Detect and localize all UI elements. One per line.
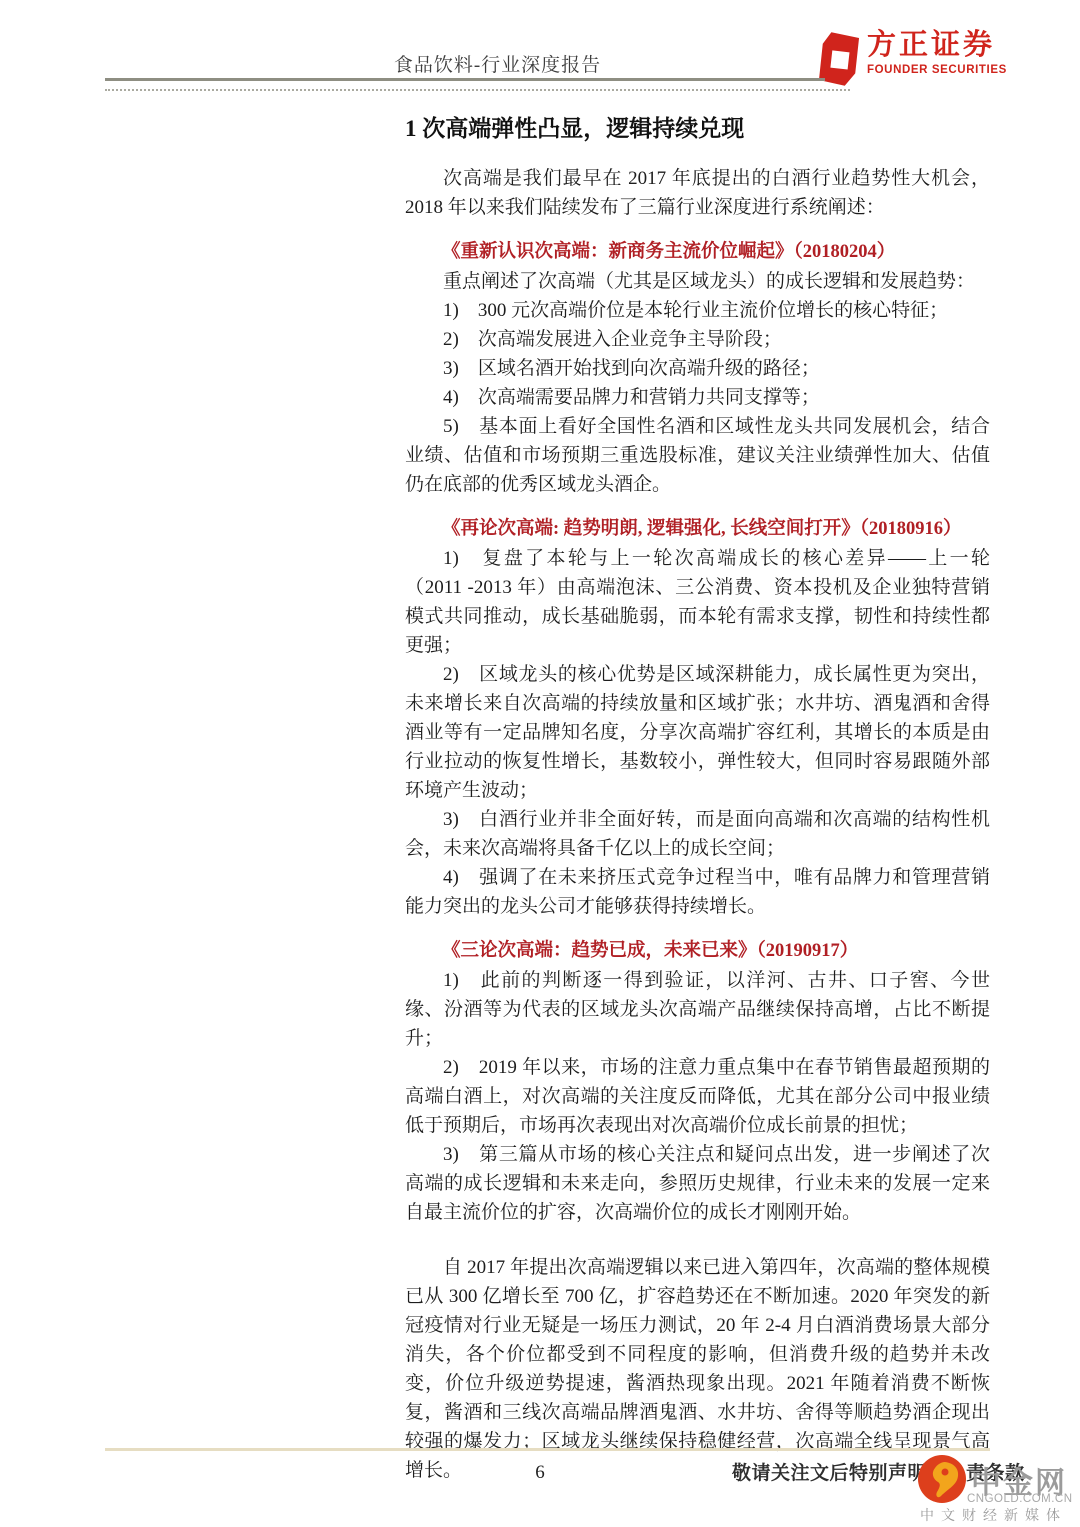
header-category-title: 食品饮料-行业深度报告: [105, 50, 890, 77]
report-3-heading: 《三论次高端：趋势已成，未来已来》（20190917）: [405, 937, 990, 966]
intro-paragraph: 次高端是我们最早在 2017 年底提出的白酒行业趋势性大机会，2018 年以来我…: [405, 164, 990, 222]
report-1-item: 4) 次高端需要品牌力和营销力共同支撑等；: [405, 383, 990, 412]
report-1-item: 5) 基本面上看好全国性名酒和区域性龙头共同发展机会，结合业绩、估值和市场预期三…: [405, 412, 990, 499]
report-2-item: 4) 强调了在未来挤压式竞争过程当中，唯有品牌力和管理营销能力突出的龙头公司才能…: [405, 863, 990, 921]
report-2-item: 1) 复盘了本轮与上一轮次高端成长的核心差异——上一轮（2011 -2013 年…: [405, 544, 990, 660]
report-2-heading: 《再论次高端: 趋势明朗, 逻辑强化, 长线空间打开》（20180916）: [405, 515, 990, 544]
cngold-watermark: 中金网 CNGOLD.COM.CN 中文财经新媒体: [905, 1452, 1080, 1522]
founder-logo-en: FOUNDER SECURITIES: [867, 64, 1007, 76]
founder-logo-cn: 方正证券: [867, 30, 1007, 61]
report-page: 食品饮料-行业深度报告 方正证券 FOUNDER SECURITIES 1 次高…: [0, 0, 1080, 1527]
report-1-paragraph: 重点阐述了次高端（尤其是区域龙头）的成长逻辑和发展趋势：: [405, 267, 990, 296]
report-1-item: 2) 次高端发展进入企业竞争主导阶段；: [405, 325, 990, 354]
cngold-logo-icon: [918, 1455, 966, 1503]
cngold-tagline: 中文财经新媒体: [920, 1505, 1067, 1525]
header-dotted-rule: [105, 89, 850, 91]
report-3-item: 2) 2019 年以来，市场的注意力重点集中在春节销售最超预期的高端白酒上，对次…: [405, 1053, 990, 1140]
report-1-item: 1) 300 元次高端价位是本轮行业主流价位增长的核心特征；: [405, 296, 990, 325]
report-3-item: 3) 第三篇从市场的核心关注点和疑问点出发，进一步阐述了次高端的成长逻辑和未来走…: [405, 1140, 990, 1227]
founder-logo-text: 方正证券 FOUNDER SECURITIES: [867, 30, 1007, 76]
report-2-item: 2) 区域龙头的核心优势是区域深耕能力，成长属性更为突出，未来增长来自次高端的持…: [405, 660, 990, 805]
cngold-domain: CNGOLD.COM.CN: [967, 1493, 1073, 1505]
header-rule: [105, 78, 825, 81]
report-1-heading: 《重新认识次高端：新商务主流价位崛起》（20180204）: [405, 238, 990, 267]
report-3-item: 1) 此前的判断逐一得到验证，以洋河、古井、口子窖、今世缘、汾酒等为代表的区域龙…: [405, 966, 990, 1053]
footer-rule: [105, 1448, 990, 1451]
report-2-item: 3) 白酒行业并非全面好转，而是面向高端和次高端的结构性机会，未来次高端将具备千…: [405, 805, 990, 863]
founder-securities-logo: 方正证券 FOUNDER SECURITIES: [818, 30, 1007, 88]
report-1-item: 3) 区域名酒开始找到向次高端升级的路径；: [405, 354, 990, 383]
report-body: 1 次高端弹性凸显，逻辑持续兑现 次高端是我们最早在 2017 年底提出的白酒行…: [405, 112, 990, 1485]
section-title: 1 次高端弹性凸显，逻辑持续兑现: [405, 112, 990, 146]
